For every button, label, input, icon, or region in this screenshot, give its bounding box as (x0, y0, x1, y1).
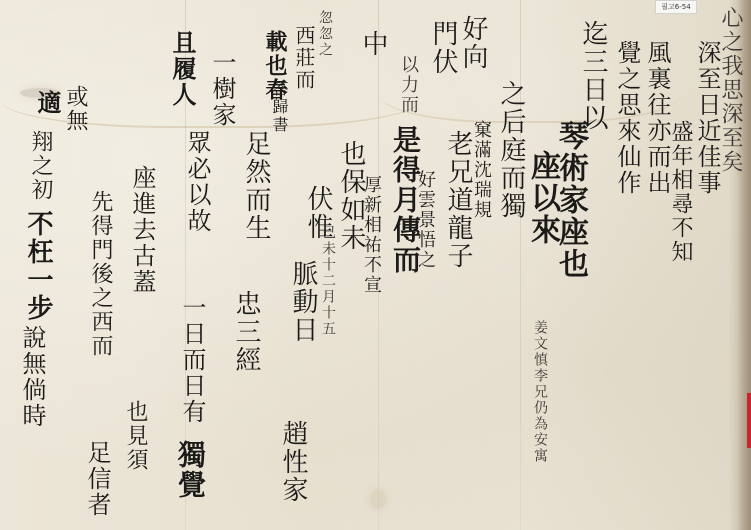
text-column: 是得月傳而 (385, 125, 425, 275)
text-column: 中 (355, 30, 392, 58)
text-column: 西莊而 (290, 25, 319, 91)
text-column: 也見須 (120, 400, 151, 472)
paper-edge-shadow (737, 0, 751, 530)
letter-document: 필고6-54 心之我思深至矣深至日近佳事盛年相尋不知風裏往亦而出覺之思來仙作迄三… (0, 0, 751, 530)
text-column: 也保如未 (333, 140, 370, 252)
text-column: 眾必以故 (180, 130, 215, 234)
text-column: 好向 (455, 15, 492, 71)
archive-label: 필고6-54 (655, 0, 697, 14)
text-column: 先得門後之西而 (85, 190, 116, 358)
text-column: 答歸書 (268, 80, 291, 134)
text-column: 座進去古蓋 (125, 165, 160, 295)
text-column: 風裏往亦而出 (640, 40, 675, 196)
text-column: 足信者 (80, 440, 115, 518)
text-column: 一日而日有 (175, 295, 210, 425)
text-column: 之后庭而獨 (493, 80, 530, 220)
text-column: 伏惟 (300, 185, 337, 241)
text-column: 且履人 (165, 30, 200, 108)
text-column: 忠三經 (228, 290, 265, 374)
text-column: 足然而生 (238, 130, 275, 242)
text-column: 覺之思來仙作 (610, 40, 645, 196)
text-column: 翔之初 (25, 130, 56, 202)
red-edge-mark (747, 393, 751, 448)
text-column: 獨覺 (170, 440, 210, 500)
text-column: 適 (30, 90, 65, 116)
text-column: 不枉一步 (20, 210, 57, 322)
stain-spot (370, 490, 386, 508)
text-column: 脈動日 (285, 260, 322, 344)
text-column: 姜文慎李兄仍為安寓 (530, 320, 550, 464)
text-column: 以力而 (395, 55, 421, 115)
text-column: 一樹家 (205, 50, 240, 128)
text-column: 說無倘時 (15, 325, 50, 429)
text-column: 老兄道龍子 (440, 130, 477, 270)
text-column: 迄三日以 (575, 20, 612, 132)
text-column: 趙性家 (275, 420, 312, 504)
